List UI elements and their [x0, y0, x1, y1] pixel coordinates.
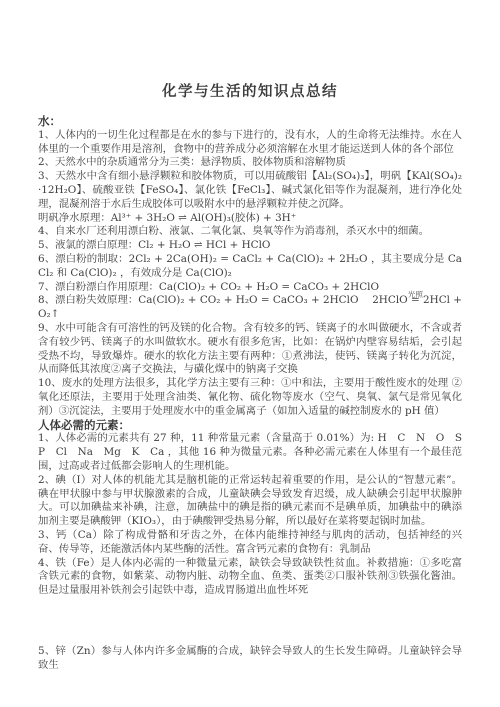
element-point-2-iodine: 2、碘（I）对人体的机能尤其是脑机能的正常运转起着重要的作用，是公认的“智慧元素…	[38, 474, 462, 529]
water-point-5-chlorine-equation: 5、液氯的漂白原理：Cl₂ + H₂O ⇌ HCl + HClO	[38, 239, 462, 253]
document-page: 化学与生活的知识点总结 水： 1、人体内的一切生化过程都是在水的参与下进行的，没…	[0, 0, 500, 707]
document-content: 化学与生活的知识点总结 水： 1、人体内的一切生化过程都是在水的参与下进行的，没…	[38, 0, 462, 672]
water-point-4: 4、自来水厂还利用漂白粉、液氯、二氧化氯、臭氧等作为消毒剂，杀灭水中的细菌。	[38, 225, 462, 239]
water-point-9-hard-water: 9、水中可能含有可溶性的钙及镁的化合物。含有较多的钙、镁离子的水叫做硬水，不含或…	[38, 322, 462, 377]
element-point-3-calcium: 3、钙（Ca）除了构成骨骼和牙齿之外，在体内能维持神经与肌肉的活动，包括神经的兴…	[38, 529, 462, 557]
element-point-5-zinc: 5、锌（Zn）参与人体内许多金属酶的合成，缺锌会导致人的生长发生障碍。儿童缺锌会…	[38, 645, 462, 673]
water-point-6-bleach-preparation: 6、漂白粉的制取：2Cl₂ + 2Ca(OH)₂ = CaCl₂ + Ca(Cl…	[38, 253, 462, 281]
water-point-10-wastewater: 10、废水的处理方法很多，其化学方法主要有三种：①中和法，主要用于酸性废水的处理…	[38, 377, 462, 418]
document-title: 化学与生活的知识点总结	[38, 84, 462, 100]
water-point-7-bleach-action: 7、漂白粉漂白作用原理：Ca(ClO)₂ + CO₂ + H₂O = CaCO₃…	[38, 281, 462, 295]
water-point-2: 2、天然水中的杂质通常分为三类：悬浮物质、胶体物质和溶解物质	[38, 156, 462, 170]
section-water: 水： 1、人体内的一切生化过程都是在水的参与下进行的，没有水，人的生命将无法维持…	[38, 115, 462, 419]
section-elements-heading: 人体必需的元素：	[38, 419, 462, 433]
element-point-4-iron: 4、铁（Fe）是人体内必需的一种微量元素，缺铁会导致缺铁性贫血。补救措施：①多吃…	[38, 557, 462, 598]
reaction-condition-label: 光照	[408, 291, 423, 299]
element-point-1-overview: 1、人体必需的元素共有 27 种，11 种常量元素（含量高于 0.01%）为: …	[38, 432, 462, 473]
bleach-failure-equation-pre: 8、漂白粉失效原理：Ca(ClO)₂ + CO₂ + H₂O = CaCO₃ +…	[38, 294, 411, 306]
section-water-heading: 水：	[38, 115, 462, 129]
equation-condition-stack: 光照=	[411, 294, 420, 308]
water-point-3: 3、天然水中含有细小悬浮颗粒和胶体物质，可以用硫酸铝【Al₂(SO₄)₃】，明矾…	[38, 170, 462, 211]
water-point-1: 1、人体内的一切生化过程都是在水的参与下进行的，没有水，人的生命将无法维持。水在…	[38, 129, 462, 157]
section-essential-elements: 人体必需的元素： 1、人体必需的元素共有 27 种，11 种常量元素（含量高于 …	[38, 419, 462, 673]
water-point-8-bleach-failure: 8、漂白粉失效原理：Ca(ClO)₂ + CO₂ + H₂O = CaCO₃ +…	[38, 294, 462, 322]
alum-purification-equation: 明矾净水原理：Al³⁺ + 3H₂O ⇌ Al(OH)₃(胶体) + 3H⁺	[38, 212, 462, 226]
